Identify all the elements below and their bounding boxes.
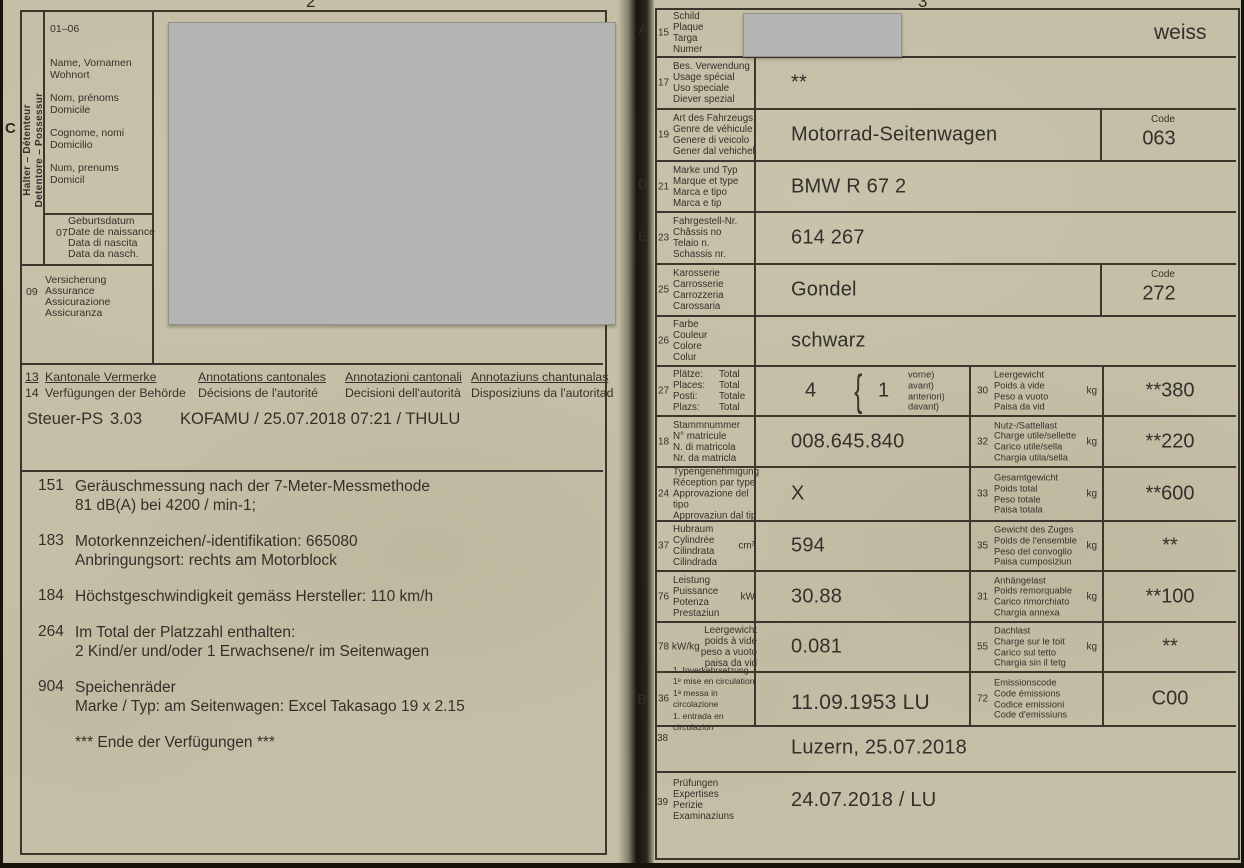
field-number: 31 bbox=[977, 591, 988, 602]
holder-label-de: Name, Vornamen Wohnort bbox=[50, 58, 132, 81]
field-number: 30 bbox=[977, 386, 988, 397]
field-row-36-first-registration-72-emissions: 36 1. Inverkehrsetzung 1ᵉ mise en circul… bbox=[657, 673, 1236, 727]
page-fold bbox=[618, 0, 654, 868]
field-number: 33 bbox=[977, 489, 988, 500]
holder-label-fr: Nom, prénoms Domicile bbox=[50, 93, 119, 116]
field-row-37-displacement-35-train-weight: 37 Hubraum Cylindrée Cilindrata Cilindra… bbox=[657, 522, 1236, 572]
field-value: Motorrad-Seitenwagen bbox=[791, 124, 997, 147]
field-value: BMW R 67 2 bbox=[791, 175, 906, 198]
field-09-number: 09 bbox=[26, 286, 38, 298]
unit-label: kg bbox=[1069, 642, 1097, 653]
field-labels: Emissionscode Code émissions Codice emis… bbox=[994, 677, 1082, 720]
field-row-39-inspections: 39 Prüfungen Expertises Perizie Examinaz… bbox=[657, 773, 1236, 856]
seats-front-labels: vorne) avant) anteriori) davant) bbox=[908, 369, 945, 412]
left-line-annotations bbox=[22, 363, 603, 365]
field-row-26-color: 26 Farbe Couleur Colore Colur schwarz bbox=[657, 317, 1236, 367]
brace-glyph: { bbox=[854, 366, 862, 416]
field-row-19-vehicle-type: 19 Art des Fahrzeugs Genre de véhicule G… bbox=[657, 110, 1236, 162]
field-value: 614 267 bbox=[791, 227, 865, 250]
field-number: 24 bbox=[658, 489, 669, 500]
field-labels-total: Total Total Totale Total bbox=[719, 369, 755, 413]
field-value: **380 bbox=[1104, 380, 1236, 403]
field-number: 27 bbox=[658, 386, 669, 397]
decree-text: Speichenräder Marke / Typ: am Seitenwage… bbox=[75, 678, 600, 716]
margin-letter-d: D bbox=[638, 176, 648, 192]
field-value: **600 bbox=[1104, 483, 1236, 506]
field-row-15-plate: 15 Schild Plaque Targa Numer weiss bbox=[657, 10, 1236, 58]
field-row-23-chassis-no: 23 Fahrgestell-Nr. Châssis no Telaio n. … bbox=[657, 213, 1236, 265]
unit-label: kg bbox=[1069, 591, 1097, 602]
decree-code: 264 bbox=[38, 623, 64, 641]
decree-entry: 264 Im Total der Platzzahl enthalten: 2 … bbox=[22, 623, 600, 661]
holder-vertical-label-2: Detentore – Possessur bbox=[34, 42, 45, 258]
field-number: 19 bbox=[658, 130, 669, 141]
processing-stamp: KOFAMU / 25.07.2018 07:21 / THULU bbox=[180, 410, 460, 429]
vehicle-registration-scan: 2 3 C A D E B Halter – Détenteur Detento… bbox=[0, 0, 1244, 868]
code-value: 272 bbox=[1103, 283, 1215, 306]
annotations-header-rm-2: Disposiziuns da l'autoritad bbox=[471, 386, 613, 400]
field-value: **220 bbox=[1104, 430, 1236, 453]
field-value: 008.645.840 bbox=[791, 430, 904, 453]
field-labels: Bes. Verwendung Usage spécial Uso specia… bbox=[673, 61, 757, 105]
field-number: 35 bbox=[977, 541, 988, 552]
margin-letter-e: E bbox=[638, 228, 647, 244]
field-value: schwarz bbox=[791, 330, 866, 353]
annotations-number-13: 13 bbox=[25, 370, 39, 384]
decree-entry: 904 Speichenräder Marke / Typ: am Seiten… bbox=[22, 678, 600, 716]
seats-total-value: 4 bbox=[805, 380, 816, 403]
unit-label: cm³ bbox=[717, 541, 755, 552]
field-labels: Marke und Typ Marque et type Marca e tip… bbox=[673, 165, 757, 209]
field-value: **100 bbox=[1104, 585, 1236, 608]
field-row-18-serial-32-payload: 18 Stammnummer N° matricule N. di matric… bbox=[657, 417, 1236, 468]
holder-data-redacted-box bbox=[168, 22, 616, 325]
field-labels: Art des Fahrzeugs Genre de véhicule Gene… bbox=[673, 113, 757, 157]
field-value: 594 bbox=[791, 535, 825, 558]
decree-entry: 183 Motorkennzeichen/-identifikation: 66… bbox=[22, 532, 600, 570]
holder-label-it: Cognome, nomi Domicilio bbox=[50, 128, 124, 151]
field-row-24-type-approval-33-total-weight: 24 Typengenehmigung Réception par type A… bbox=[657, 468, 1236, 522]
field-value: 0.081 bbox=[791, 636, 842, 659]
field-row-76-power-31-trailer-load: 76 Leistung Puissance Potenza Prestaziun… bbox=[657, 572, 1236, 623]
field-labels: Fahrgestell-Nr. Châssis no Telaio n. Sch… bbox=[673, 216, 757, 260]
field-number: 15 bbox=[658, 28, 669, 39]
annotations-header-de-2: Verfügungen der Behörde bbox=[45, 386, 186, 400]
decree-text: Im Total der Platzzahl enthalten: 2 Kind… bbox=[75, 623, 600, 661]
field-value: ** bbox=[1104, 636, 1236, 659]
field-07-number: 07 bbox=[56, 227, 68, 239]
decree-text: Motorkennzeichen/-identifikation: 665080… bbox=[75, 532, 600, 570]
field-labels: Typengenehmigung Réception par type Appr… bbox=[673, 467, 757, 522]
field-number: 37 bbox=[658, 541, 669, 552]
field-row-27-seats-30-empty-weight: 27 Plätze: Places: Posti: Plazs: Total T… bbox=[657, 367, 1236, 417]
field-number: 26 bbox=[658, 336, 669, 347]
left-line-09 bbox=[22, 264, 154, 266]
annotations-header-fr-1: Annotations cantonales bbox=[198, 370, 326, 384]
plate-color-value: weiss bbox=[1154, 21, 1207, 45]
field-number: 21 bbox=[658, 181, 669, 192]
field-number: 17 bbox=[658, 78, 669, 89]
unit-label: kg bbox=[1069, 489, 1097, 500]
field-row-38-issue-place-date: 38 Luzern, 25.07.2018 bbox=[657, 727, 1236, 773]
field-number: 18 bbox=[658, 436, 669, 447]
field-labels: Prüfungen Expertises Perizie Examinaziun… bbox=[673, 778, 757, 822]
plate-number-redacted-box bbox=[743, 13, 902, 57]
field-number: 76 bbox=[658, 591, 669, 602]
field-labels: Leergewicht poids à vide peso a vuoto pa… bbox=[673, 625, 757, 669]
field-number: 38 bbox=[657, 733, 668, 744]
field-row-25-body: 25 Karosserie Carrosserie Carrozzeria Ca… bbox=[657, 265, 1236, 317]
unit-label: kg bbox=[1069, 386, 1097, 397]
left-divider-labels bbox=[152, 12, 154, 363]
unit-label: kW bbox=[717, 591, 755, 602]
code-value: 063 bbox=[1103, 128, 1215, 151]
decree-entry: 151 Geräuschmessung nach der 7-Meter-Mes… bbox=[22, 477, 600, 515]
decree-code: 904 bbox=[38, 678, 64, 696]
annotations-header-it-1: Annotazioni cantonali bbox=[345, 370, 462, 384]
field-row-17-special-use: 17 Bes. Verwendung Usage spécial Uso spe… bbox=[657, 58, 1236, 110]
tax-hp-label: Steuer-PS bbox=[27, 410, 103, 429]
annotations-header-it-2: Decisioni dell'autorità bbox=[345, 386, 461, 400]
decree-text: Höchstgeschwindigkeit gemäss Hersteller:… bbox=[75, 587, 600, 606]
field-value: Gondel bbox=[791, 279, 857, 302]
field-value: 24.07.2018 / LU bbox=[791, 789, 936, 812]
field-number: 55 bbox=[977, 642, 988, 653]
left-line-decrees bbox=[22, 470, 603, 472]
margin-letter-b: B bbox=[637, 691, 647, 707]
annotations-number-14: 14 bbox=[25, 386, 39, 400]
field-number: 39 bbox=[657, 797, 668, 808]
field-value: C00 bbox=[1104, 688, 1236, 711]
unit-label: kg bbox=[1069, 436, 1097, 447]
field-number: 72 bbox=[977, 694, 988, 705]
code-header: Code bbox=[1103, 114, 1223, 125]
decree-code: 151 bbox=[38, 477, 64, 495]
field-labels: Farbe Couleur Colore Colur bbox=[673, 319, 757, 363]
field-labels: Stammnummer N° matricule N. di matricola… bbox=[673, 420, 757, 464]
decree-entry: 184 Höchstgeschwindigkeit gemäss Herstel… bbox=[22, 587, 600, 606]
annotations-header-rm-1: Annotaziuns chantunalas bbox=[471, 370, 608, 384]
field-number: 36 bbox=[658, 694, 669, 705]
field-labels: Karosserie Carrosserie Carrozzeria Caros… bbox=[673, 268, 757, 312]
code-header: Code bbox=[1103, 269, 1223, 280]
decree-code: 183 bbox=[38, 532, 64, 550]
scan-edge-left bbox=[0, 0, 3, 868]
field-value: ** bbox=[791, 72, 807, 95]
decree-text: Geräuschmessung nach der 7-Meter-Messmet… bbox=[75, 477, 600, 515]
field-number: 23 bbox=[658, 233, 669, 244]
holder-vertical-label-1: Halter – Détenteur bbox=[22, 42, 33, 258]
field-number: 25 bbox=[658, 285, 669, 296]
seats-front-value: 1 bbox=[878, 380, 889, 403]
tax-hp-value: 3.03 bbox=[110, 410, 142, 429]
field-value: Luzern, 25.07.2018 bbox=[791, 737, 967, 760]
holder-range-label: 01–06 bbox=[50, 23, 79, 35]
field-row-21-make-type: 21 Marke und Typ Marque et type Marca e … bbox=[657, 162, 1236, 213]
decrees-block: 151 Geräuschmessung nach der 7-Meter-Mes… bbox=[22, 477, 600, 752]
field-value: 11.09.1953 LU bbox=[791, 691, 930, 715]
decrees-end-note: *** Ende der Verfügungen *** bbox=[75, 733, 600, 752]
field-07-labels: Geburtsdatum Date de naissance Data di n… bbox=[68, 216, 155, 260]
field-value: 30.88 bbox=[791, 585, 842, 608]
annotations-header-de-1: Kantonale Vermerke bbox=[45, 370, 156, 384]
decree-code: 184 bbox=[38, 587, 64, 605]
holder-label-rm: Num, prenums Domicil bbox=[50, 163, 119, 186]
margin-letter-a: A bbox=[638, 21, 648, 37]
field-09-labels: Versicherung Assurance Assicurazione Ass… bbox=[45, 275, 110, 319]
field-value: X bbox=[791, 483, 805, 506]
field-number: 32 bbox=[977, 436, 988, 447]
field-labels: 1. Inverkehrsetzung 1ᵉ mise en circulati… bbox=[673, 665, 759, 733]
margin-letter-c: C bbox=[5, 120, 16, 137]
annotations-header-fr-2: Décisions de l'autorité bbox=[198, 386, 318, 400]
unit-label: kg bbox=[1069, 541, 1097, 552]
scan-edge-bottom bbox=[0, 863, 1244, 868]
field-value: ** bbox=[1104, 535, 1236, 558]
field-labels: Plätze: Places: Posti: Plazs: bbox=[673, 369, 717, 413]
